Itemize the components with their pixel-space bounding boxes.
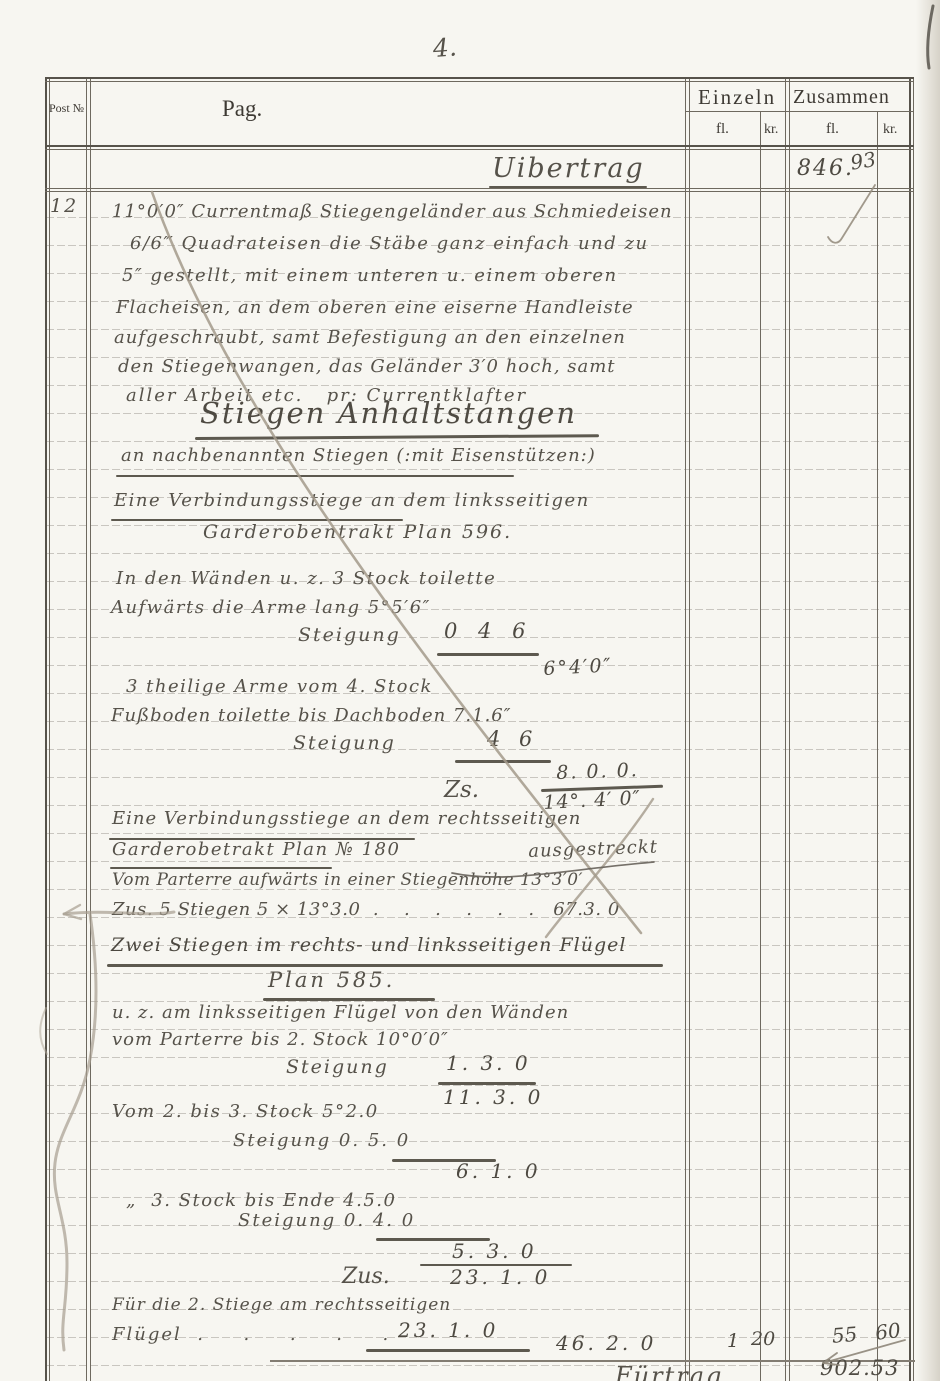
sum-line xyxy=(437,653,539,656)
entry-line: Flacheisen, an dem oberen eine eiserne H… xyxy=(116,299,634,317)
table-hline xyxy=(45,191,914,192)
einzeln-kr-header: kr. xyxy=(764,123,778,137)
table-vline xyxy=(909,77,911,1381)
post-no-header: Post № xyxy=(49,102,84,114)
calc-sum: 11. 3. 0 xyxy=(443,1087,543,1107)
table-hline xyxy=(270,1360,915,1362)
einzeln-header: Einzeln xyxy=(698,87,776,108)
text-line: „ 3. Stock bis Ende 4.5.0 xyxy=(126,1192,396,1210)
text-line: Vom Parterre aufwärts in einer Stiegenhö… xyxy=(112,872,583,889)
calc-sum: 6°4′0″ xyxy=(543,656,613,679)
pag-header: Pag. xyxy=(222,97,262,120)
calc-value: 1. 3. 0 xyxy=(446,1053,531,1073)
paper-edge xyxy=(916,0,940,1381)
text-line: u. z. am linksseitigen Flügel von den Wä… xyxy=(112,1004,569,1022)
einzeln-fl-header: fl. xyxy=(716,122,729,137)
table-vline xyxy=(689,77,690,1381)
carryover-amount-kr: 93 xyxy=(849,149,877,173)
subsection-underline xyxy=(107,964,663,967)
zs-label: Zus. xyxy=(342,1266,390,1288)
table-vline xyxy=(90,77,91,1381)
text-line: vom Parterre bis 2. Stock 10°0′0″ xyxy=(112,1031,449,1049)
text-line: Steigung 0. 4. 0 xyxy=(238,1212,415,1230)
table-hline xyxy=(685,111,914,112)
entry-line: 5″ gestellt, mit einem unteren u. einem … xyxy=(122,267,618,285)
carryover-label: Uibertrag xyxy=(492,155,645,182)
zusammen-header: Zusammen xyxy=(793,87,890,107)
text-line: Eine Verbindungsstiege an dem rechtsseit… xyxy=(112,810,581,828)
text-line: Vom 2. bis 3. Stock 5°2.0 xyxy=(112,1103,379,1121)
entry-line: aufgeschraubt, samt Befestigung an den e… xyxy=(114,329,626,347)
table-vline xyxy=(789,77,790,1381)
page-total: 902.53 xyxy=(820,1358,899,1379)
sum-line xyxy=(366,1349,530,1352)
table-vline xyxy=(785,77,786,1381)
calc-sum: 23. 1. 0 xyxy=(450,1267,550,1287)
table-vline xyxy=(877,111,878,1381)
steigung-label: Steigung xyxy=(298,626,401,645)
einzeln-fl-value: 1 xyxy=(727,1332,739,1351)
table-hline xyxy=(45,145,914,147)
final-value-2: 46. 2. 0 xyxy=(556,1333,656,1353)
calc-sum: 6. 1. 0 xyxy=(456,1161,541,1181)
final-value-1: 23. 1. 0 xyxy=(398,1320,498,1340)
table-vline xyxy=(45,77,47,1381)
text-line: Für die 2. Stiege am rechtsseitigen xyxy=(112,1297,451,1314)
text-line: Flügel . . . . . xyxy=(112,1326,390,1344)
text-line: In den Wänden u. z. 3 Stock toilette xyxy=(116,570,496,588)
entry-post-number: 12 xyxy=(50,197,78,216)
table-hline xyxy=(45,81,914,82)
table-vline xyxy=(685,77,686,1381)
zusammen-kr-value: 60 xyxy=(874,1320,902,1343)
section-subtitle-underline xyxy=(116,475,514,477)
zusammen-fl-value: 55 xyxy=(831,1324,858,1346)
table-hline xyxy=(45,188,914,189)
struck-word: ausgestreckt xyxy=(528,838,658,861)
calc-value: 0 4 6 xyxy=(444,621,532,642)
subsection-title: Zwei Stiegen im rechts- und linksseitige… xyxy=(111,936,626,955)
ledger-page: 4. Post № Pag. Einzeln Zusammen fl. kr. … xyxy=(0,0,940,1381)
calc-subtotal: 5. 3. 0 xyxy=(452,1241,537,1261)
einzeln-kr-value: 20 xyxy=(751,1330,775,1349)
table-vline xyxy=(760,111,761,1381)
underline xyxy=(263,998,435,1001)
calc-value: 4 6 xyxy=(487,729,538,750)
fuertrag-label: Fürtrag xyxy=(615,1364,723,1381)
text-line: Zus. 5 Stiegen 5 × 13°3.0 . . . . . . 67… xyxy=(112,901,620,919)
table-vline xyxy=(86,77,87,1381)
zusammen-fl-header: fl. xyxy=(826,122,839,137)
table-hline xyxy=(45,77,914,79)
section-title: Stiegen Anhaltstangen xyxy=(200,399,577,428)
text-line: Aufwärts die Arme lang 5°5′6″ xyxy=(111,599,431,617)
text-line: 3 theilige Arme vom 4. Stock xyxy=(126,678,433,696)
underline xyxy=(110,867,332,869)
table-vline xyxy=(913,77,914,1381)
entry-line: 11°0′0″ Currentmaß Stiegengeländer aus S… xyxy=(112,203,673,221)
text-line: Eine Verbindungsstiege an dem linksseiti… xyxy=(114,492,590,510)
carryover-underline xyxy=(489,186,647,188)
text-line: Fußboden toilette bis Dachboden 7.1.6″ xyxy=(111,707,511,725)
text-line: Garderobetrakt Plan № 180 xyxy=(112,841,400,859)
text-line: Garderobentrakt Plan 596. xyxy=(203,523,512,542)
steigung-label: Steigung xyxy=(293,734,396,753)
table-vline xyxy=(49,77,50,1381)
section-subtitle: an nachbenannten Stiegen (:mit Eisenstüt… xyxy=(121,447,596,465)
entry-line: den Stiegenwangen, das Geländer 3′0 hoch… xyxy=(118,358,616,376)
calc-subtotal: 8. 0. 0. xyxy=(556,761,639,783)
steigung-label: Steigung xyxy=(286,1058,389,1077)
zs-label: Zs. xyxy=(444,779,479,802)
table-hline xyxy=(45,149,914,150)
text-line: Steigung 0. 5. 0 xyxy=(233,1132,410,1150)
zusammen-kr-header: kr. xyxy=(883,123,897,137)
carryover-amount-fl: 846. xyxy=(797,158,854,180)
sum-line xyxy=(455,760,551,763)
page-number: 4. xyxy=(432,34,458,61)
plan-ref: Plan 585. xyxy=(268,970,395,991)
entry-line: 6/6‴ Quadrateisen die Stäbe ganz einfach… xyxy=(130,235,649,253)
